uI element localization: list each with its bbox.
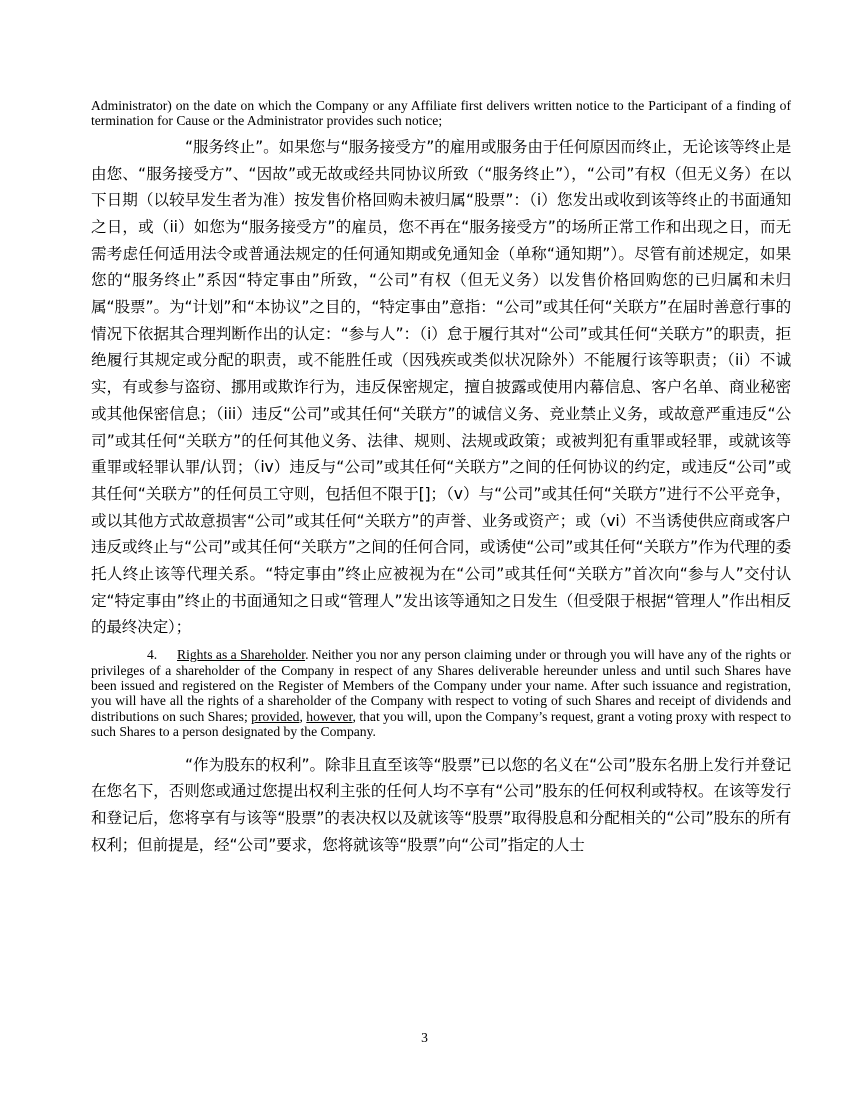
page-number: 3 xyxy=(0,1030,849,1046)
paragraph-service-termination-zh: “服务终止”。如果您与“服务接受方”的雇用或服务由于任何原因而终止，无论该等终止… xyxy=(91,134,791,641)
document-page: Administrator) on the date on which the … xyxy=(91,98,791,858)
section-4-rights-as-shareholder: 4.Rights as a Shareholder. Neither you n… xyxy=(91,647,791,739)
paragraph-rights-zh: “作为股东的权利”。除非且直至该等“股票”已以您的名义在“公司”股东名册上发行并… xyxy=(91,752,791,859)
paragraph-cause-continuation: Administrator) on the date on which the … xyxy=(91,98,791,129)
section-number: 4. xyxy=(91,647,177,662)
provided-term: provided xyxy=(251,709,299,724)
section-heading: Rights as a Shareholder xyxy=(177,647,305,662)
however-term: however xyxy=(306,709,352,724)
